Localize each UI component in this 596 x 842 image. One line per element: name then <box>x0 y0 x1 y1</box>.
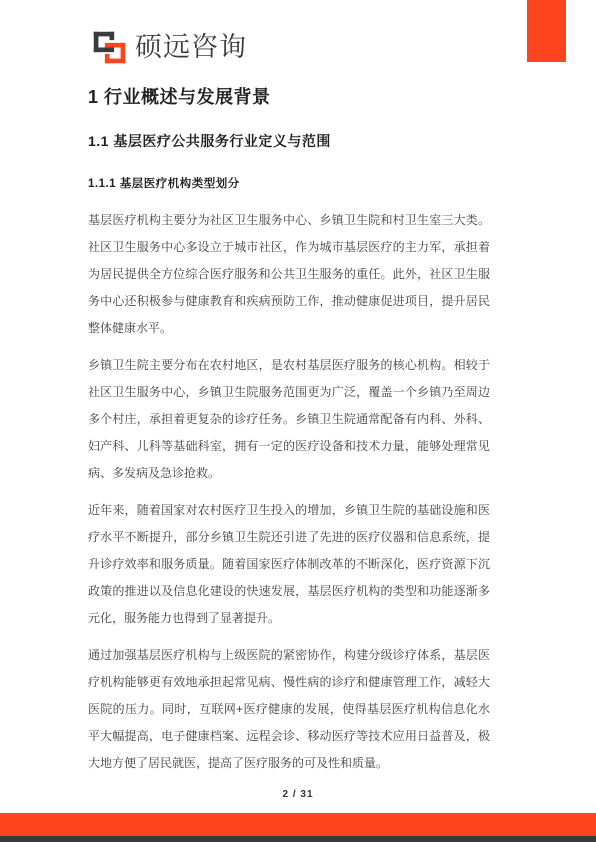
footer-accent-bar <box>0 813 596 836</box>
report-page: 硕远咨询 1 行业概述与发展背景 1.1 基层医疗公共服务行业定义与范围 1.1… <box>0 0 596 842</box>
paragraph-4: 通过加强基层医疗机构与上级医院的紧密协作，构建分级诊疗体系，基层医疗机构能够更有… <box>88 642 490 777</box>
footer-dark-bar <box>0 836 596 842</box>
brand-name: 硕远咨询 <box>135 29 247 66</box>
paragraph-3: 近年来，随着国家对农村医疗卫生投入的增加，乡镇卫生院的基础设施和医疗水平不断提升… <box>88 497 490 632</box>
brand-logo: 硕远咨询 <box>91 29 247 66</box>
paragraph-1: 基层医疗机构主要分为社区卫生服务中心、乡镇卫生院和村卫生室三大类。社区卫生服务中… <box>88 207 490 342</box>
paragraph-2: 乡镇卫生院主要分布在农村地区，是农村基层医疗服务的核心机构。相较于社区卫生服务中… <box>88 352 490 487</box>
chapter-heading: 1 行业概述与发展背景 <box>88 83 271 109</box>
corner-accent-block <box>527 0 566 62</box>
subsection-heading: 1.1.1 基层医疗机构类型划分 <box>88 175 240 191</box>
page-number: 2 / 31 <box>0 789 596 800</box>
section-heading: 1.1 基层医疗公共服务行业定义与范围 <box>88 131 331 151</box>
body-text: 基层医疗机构主要分为社区卫生服务中心、乡镇卫生院和村卫生室三大类。社区卫生服务中… <box>88 207 490 777</box>
interlocked-squares-logo-icon <box>91 29 128 66</box>
